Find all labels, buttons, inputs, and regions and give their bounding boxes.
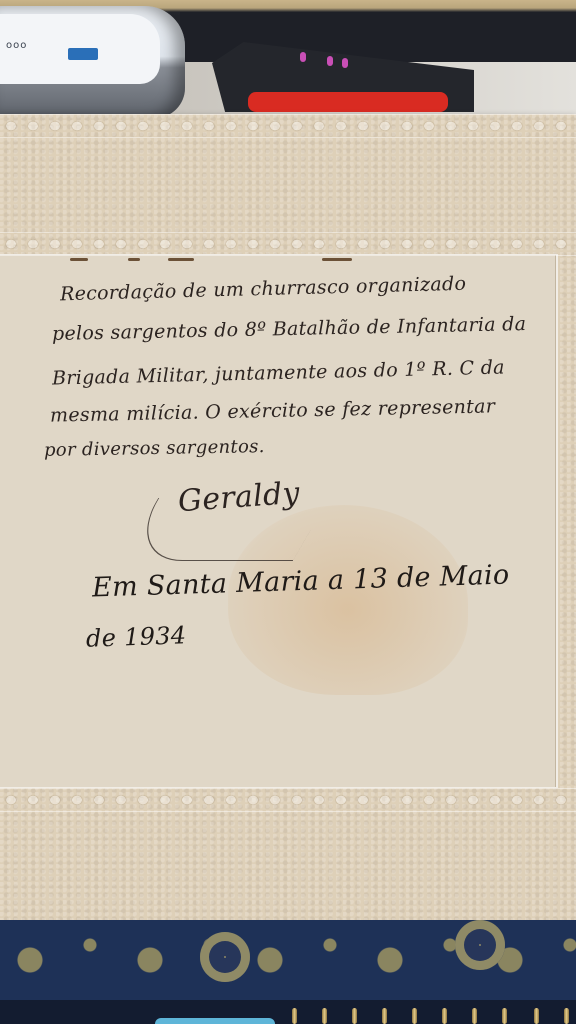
cap-pink-dot-icon xyxy=(342,58,348,68)
glass-jar: ooo xyxy=(0,6,185,118)
spiral-ring-icon xyxy=(472,1008,477,1024)
embossed-border-top xyxy=(0,114,576,138)
spiral-ring-icon xyxy=(292,1008,297,1024)
jar-label-text: ooo xyxy=(6,40,27,51)
year-line: de 1934 xyxy=(86,621,187,652)
jar-label: ooo xyxy=(0,14,160,84)
binder-flower-icon xyxy=(200,932,250,982)
jar-brand-mark-icon xyxy=(68,48,98,60)
spiral-ring-icon xyxy=(564,1008,569,1024)
spiral-ring-icon xyxy=(534,1008,539,1024)
cap-pink-dot-icon xyxy=(300,52,306,62)
embossed-scallop-top xyxy=(0,232,576,256)
binder-flower-icon xyxy=(455,920,505,970)
spiral-ring-icon xyxy=(352,1008,357,1024)
spiral-ring-icon xyxy=(322,1008,327,1024)
spiral-ring-icon xyxy=(442,1008,447,1024)
cap-pink-dot-icon xyxy=(327,56,333,66)
cap-red-band xyxy=(248,92,448,112)
light-blue-tab xyxy=(155,1018,275,1024)
document-line-5: por diversos sargentos. xyxy=(44,436,265,461)
binder-edge xyxy=(0,1000,576,1024)
spiral-ring-icon xyxy=(412,1008,417,1024)
embossed-scallop-bottom xyxy=(0,788,576,812)
spiral-ring-icon xyxy=(382,1008,387,1024)
spiral-ring-icon xyxy=(502,1008,507,1024)
